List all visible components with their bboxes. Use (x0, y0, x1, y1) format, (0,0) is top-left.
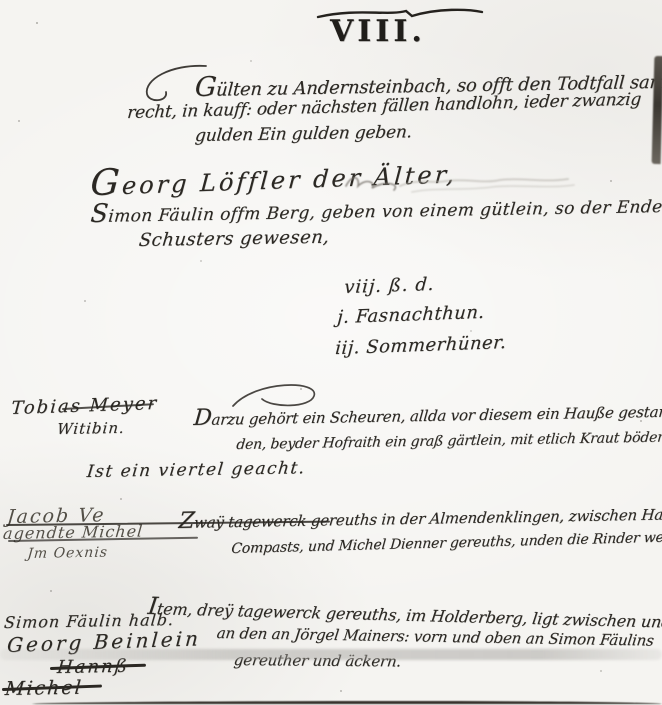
ink-smear-band (0, 649, 662, 660)
page-edge-shadow (652, 56, 662, 164)
margin-jacob-note: Jm Oexnis (27, 545, 109, 562)
holder-occupation-line: Schusters gewesen, (138, 227, 331, 251)
parcel-scheune-line-3: Ist ein viertel geacht. (86, 458, 307, 482)
paper-speckles (0, 0, 2, 2)
dues-summer-hens: iij. Sommerhüner. (335, 332, 508, 359)
manuscript-page: VIII. Gülten zu Andernsteinbach, so offt… (0, 0, 662, 705)
margin-widow-note: Witibin. (56, 419, 125, 438)
intro-line-3: gulden Ein gulden geben. (194, 122, 412, 146)
dues-money: viij. ß. d. (344, 274, 436, 298)
dues-fastnacht-hen: j. Fasnachthun. (337, 302, 486, 328)
parcel-scheune-line-2: den, beyder Hofraith ein graß gärtlein, … (236, 429, 662, 453)
parcel-almende-line-2: Compasts, und Michel Dienner gereuths, u… (231, 529, 662, 557)
scan-bottom-edge (32, 701, 662, 704)
parcel-almende-line-1: Zwaÿ tagewerck gereuths in der Almendenk… (178, 499, 662, 534)
page-number-roman: VIII. (330, 14, 426, 49)
